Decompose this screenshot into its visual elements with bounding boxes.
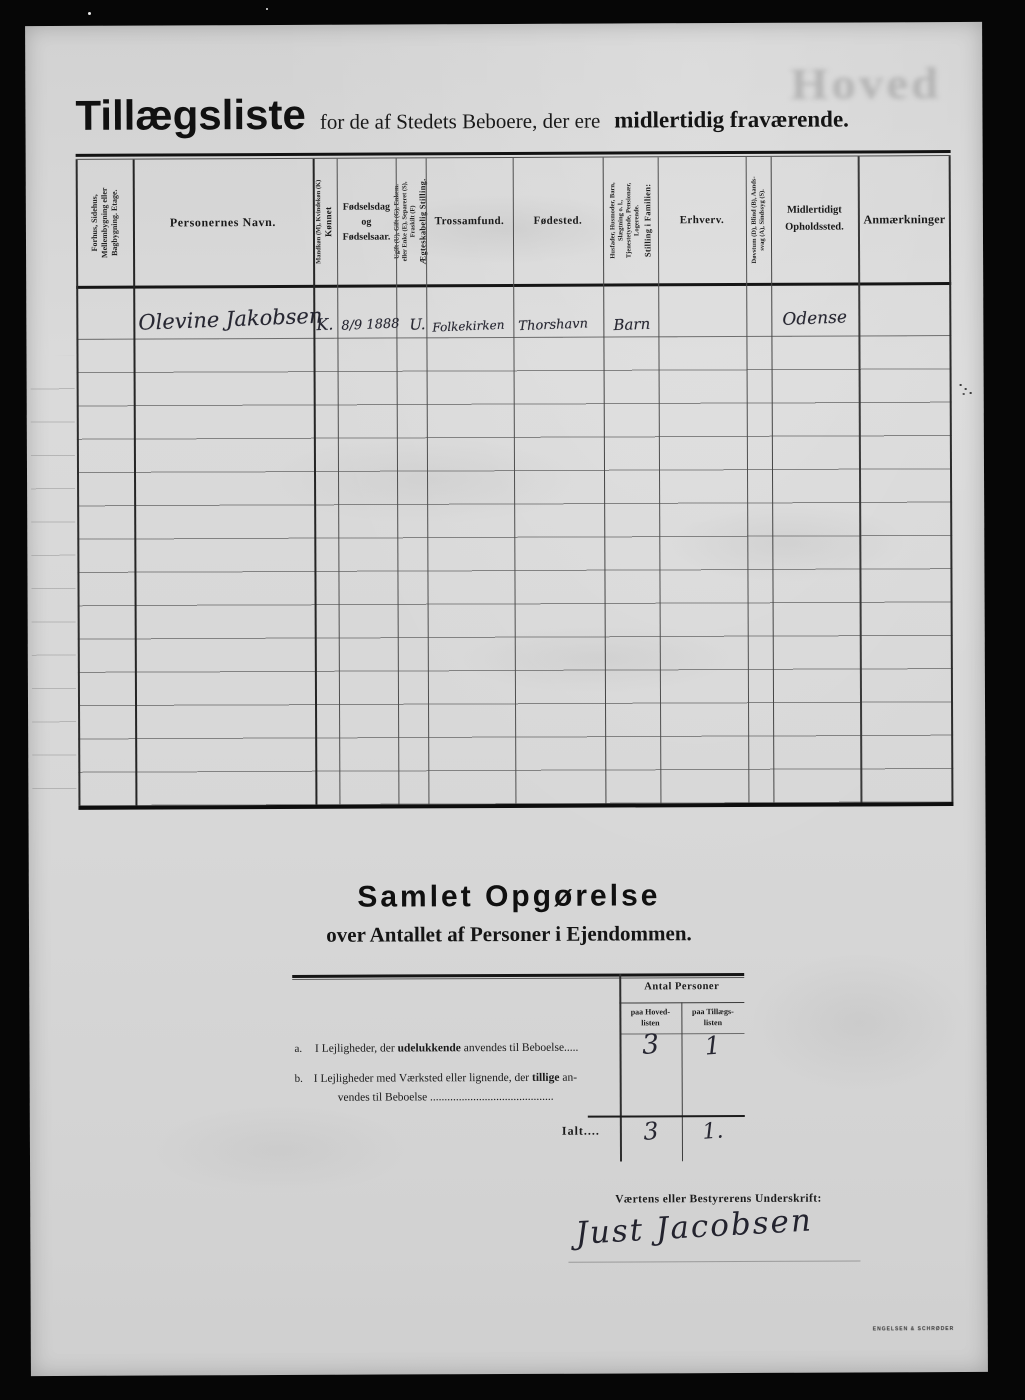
col-header-text: Erhverv. [680, 214, 725, 226]
col-header-text: Bagbygning. Etage. [109, 164, 120, 282]
col-header-text: Midlertidigt [785, 203, 844, 220]
col-header-sex: Mandkøn (M), Kvindekøn (K) Kønnet [313, 159, 338, 285]
count-a-tillaegsliste: 1 [684, 1029, 742, 1062]
row-letter: a. [294, 1043, 302, 1055]
col-header-text: Tjenestetyende, Pensionær, [625, 160, 634, 280]
col-header-text: Fødested. [534, 215, 583, 227]
row-text: I Lejligheder, der [315, 1042, 398, 1054]
col-header-birthdate: Fødselsdag og Fødselsaar. [337, 158, 397, 284]
entry-birthdate: 8/9 1888 [341, 316, 400, 333]
row-text-bold: tillige [532, 1072, 560, 1084]
scanned-census-sheet: Hoved Tillægsliste for de af Stedets Beb… [25, 22, 988, 1376]
row-text-bold: udelukkende [398, 1042, 461, 1054]
entry-temporary-residence: Odense [782, 307, 847, 330]
col-header-text: Husfader, Husmoder, Barn, [609, 161, 618, 281]
signature-line [568, 1260, 860, 1262]
col-header-text: Forhus, Sidehus, [89, 164, 100, 282]
form-subtitle: for de af Stedets Beboere, der ere [320, 109, 601, 135]
summary-col-hovedliste: paa Hoved- listen [619, 1007, 681, 1029]
row-text: anvendes til Beboelse..... [461, 1042, 579, 1055]
summary-table: Antal Personer paa Hoved- listen paa Til… [292, 973, 745, 1175]
printer-mark: ENGELSEN & SCHRØDER [873, 1326, 955, 1332]
col-header-text: Opholdssted. [785, 220, 844, 237]
row-text: I Lejligheder med Værksted eller lignend… [314, 1072, 532, 1085]
ink-specks [960, 384, 962, 386]
summary-col-label: paa Hoved- [619, 1007, 681, 1018]
summary-row-b: b. I Lejligheder med Værksted eller lign… [295, 1072, 615, 1085]
summary-top-rule-thin [292, 977, 744, 980]
bleed-through-stain [749, 952, 970, 1093]
form-subtitle-emphasis: midlertidig fraværende. [614, 107, 849, 134]
margin-line-stubs [30, 356, 76, 796]
col-header-temporary-residence: Midlertidigt Opholdssted. [771, 156, 859, 282]
col-header-text: Trossamfund. [435, 215, 505, 227]
col-header-text: Stilling i Familien: [641, 160, 652, 280]
col-header-text: Fødselsaar. [343, 229, 391, 244]
col-header-text: svag (A), Sindssyg (S). [758, 160, 767, 280]
col-header-text: og [343, 214, 391, 229]
summary-title: Samlet Opgørelse [259, 879, 759, 915]
col-header-birthplace: Fødested. [513, 158, 604, 284]
entry-family-position: Barn [613, 315, 650, 334]
signature-handwriting: Just Jacobsen [574, 1202, 813, 1251]
summary-col-tillaegsliste: paa Tillægs- listen [681, 1007, 744, 1029]
col-header-text: Kønnet [323, 162, 335, 282]
page-title: Tillægsliste for de af Stedets Beboere, … [75, 88, 955, 140]
col-header-occupation: Erhverv. [658, 157, 747, 283]
summary-heading: Samlet Opgørelse over Antallet af Person… [259, 879, 759, 948]
count-total-hovedliste: 3 [622, 1115, 680, 1147]
col-header-text: Døvstum (D), Blind (B), Aands- [750, 160, 759, 280]
entry-birthplace: Thorshavn [518, 316, 588, 334]
col-header-building: Forhus, Sidehus, Mellembygning eller Bag… [76, 160, 134, 286]
summary-row-a: a. I Lejligheder, der udelukkende anvend… [294, 1042, 614, 1055]
col-header-text: Mandkøn (M), Kvindekøn (K) [315, 162, 324, 282]
form-title: Tillægsliste [75, 91, 306, 140]
col-header-text: Fødselsdag [342, 199, 390, 214]
col-header-disability: Døvstum (D), Blind (B), Aands- svag (A),… [746, 157, 772, 283]
col-header-family-position: Husfader, Husmoder, Barn, Slægtning o. l… [603, 157, 659, 283]
col-header-remarks: Anmærkninger [858, 156, 952, 282]
summary-row-b-line2: vendes til Beboelse ....................… [338, 1090, 628, 1103]
summary-col-group-header: Antal Personer [619, 981, 744, 993]
col-header-text: Logerende. [633, 160, 642, 280]
col-header-name: Personernes Navn. [133, 159, 314, 286]
scan-speck [88, 12, 91, 15]
entry-marital: U. [409, 315, 426, 334]
col-header-text: Mellembygning eller [99, 164, 110, 282]
col-header-faith: Trossamfund. [426, 158, 514, 284]
entry-faith: Folkekirken [432, 318, 505, 335]
summary-col-label: paa Tillægs- [681, 1007, 744, 1018]
count-total-tillaegsliste: 1. [684, 1117, 742, 1146]
scan-speck [266, 8, 268, 10]
total-label: Ialt.... [493, 1124, 600, 1139]
col-header-text: Slægtning o. l., [617, 160, 626, 280]
summary-col-label: listen [681, 1018, 744, 1029]
row-letter: b. [295, 1073, 303, 1085]
count-a-hovedliste: 3 [621, 1027, 679, 1062]
row-text: an- [559, 1072, 577, 1084]
entry-sex: K. [316, 314, 334, 334]
summary-subtitle: over Antallet af Personer i Ejendommen. [259, 921, 759, 948]
col-header-text: Personernes Navn. [170, 215, 276, 230]
census-table: Forhus, Sidehus, Mellembygning eller Bag… [76, 150, 954, 810]
col-header-text: Anmærkninger [864, 212, 946, 227]
col-header-marital: Ugift (U), Gift (G), Enkem. eller Enke (… [396, 158, 427, 284]
